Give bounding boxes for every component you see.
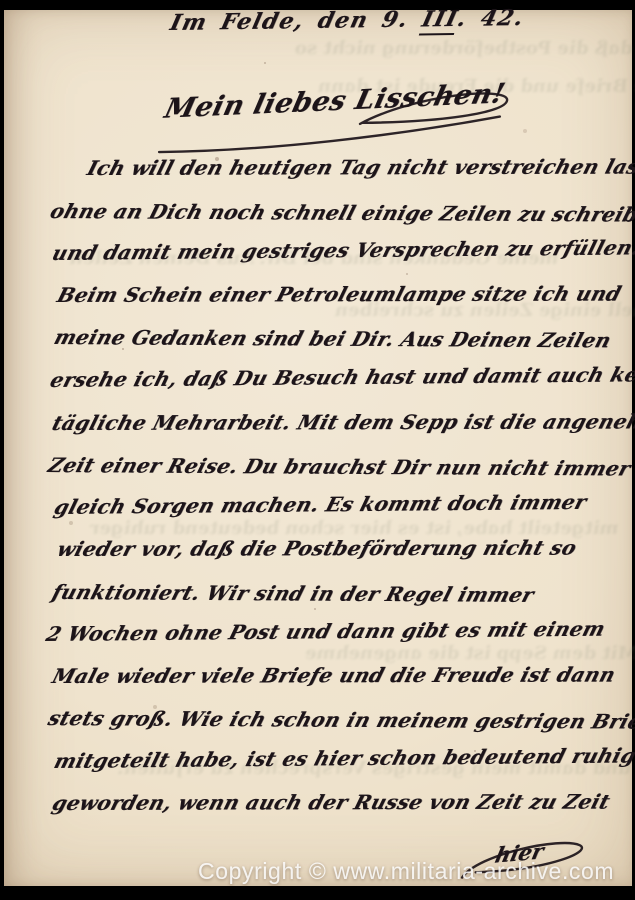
dateline-prefix: Im Felde, den 9. (168, 7, 412, 36)
handwriting-line: meine Gedanken sind bei Dir. Aus Deinen … (52, 327, 613, 350)
handwriting-line: gleich Sorgen machen. Es kommt doch imme… (52, 492, 589, 517)
handwriting-line: geworden, wenn auch der Russe von Zeit z… (50, 792, 612, 813)
bleedthrough-text: wieder vor, daß die Postbeförderung nich… (292, 40, 635, 58)
handwriting-line: mitgeteilt habe, ist es hier schon bedeu… (52, 745, 635, 771)
handwriting-line: Zeit einer Reise. Du brauchst Dir nun ni… (46, 455, 633, 479)
handwriting-line: und damit mein gestriges Versprechen zu … (50, 237, 635, 263)
handwriting-line: Beim Schein einer Petroleumlampe sitze i… (55, 284, 624, 305)
handwriting-line: Male wieder viele Briefe und die Freude … (50, 665, 618, 686)
handwriting-line: tägliche Mehrarbeit. Mit dem Sepp ist di… (50, 411, 635, 433)
dateline-suffix: . 42. (455, 5, 527, 32)
dateline: Im Felde, den 9. III. 42. (168, 7, 526, 34)
scanned-letter-photo: wieder vor, daß die Postbeförderung nich… (0, 0, 635, 900)
handwriting-line: stets groß. Wie ich schon in meinem gest… (46, 708, 635, 732)
bleedthrough-text: tägliche Mehrarbeit. Mit dem Sepp ist di… (302, 645, 635, 663)
handwriting-line: 2 Wochen ohne Post und dann gibt es mit … (44, 619, 607, 644)
watermark-copyright: Copyright © www.militaria-archive.com (198, 858, 614, 885)
handwriting-line: wieder vor, daß die Postbeförderung nich… (55, 538, 579, 559)
paper-speckles (4, 10, 6, 12)
handwriting-line: ersehe ich, daß Du Besuch hast und damit… (48, 364, 635, 390)
handwriting-line: Ich will den heutigen Tag nicht verstrei… (85, 156, 635, 178)
handwriting-line: ohne an Dich noch schnell einige Zeilen … (48, 201, 635, 225)
handwriting-line: funktioniert. Wir sind in der Regel imme… (50, 582, 536, 605)
